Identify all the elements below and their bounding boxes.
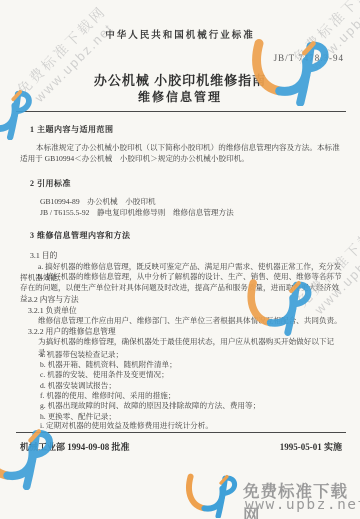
document-body: 中华人民共和国机械行业标准 JB/T 7478.3-94 办公机械 小胶印机维修… xyxy=(0,0,360,519)
implementation-note: 1995-05-01 实施 xyxy=(280,440,342,453)
watermark-bottom: 免费标准下载网 www.upbz.net xyxy=(183,470,360,519)
reference-item: JB / T6155.5-92 静电复印机维修导则 维修信息管理方法 xyxy=(40,207,234,218)
approval-note: 机械工业部 1994-09-08 批准 xyxy=(20,440,130,453)
section-3-1-heading: 3.1 目的 xyxy=(30,250,57,261)
up-logo-icon xyxy=(183,472,241,518)
header-divider xyxy=(16,111,346,112)
record-list-item: g. 机器出现故障的时间、故障的原因及排除故障的方法、费用等； xyxy=(40,400,344,411)
section-1-heading: 1 主题内容与适用范围 xyxy=(30,124,114,135)
record-list-item: c. 机器的安装、使用条件及变更情况； xyxy=(40,369,344,380)
footer-divider xyxy=(16,432,346,433)
scanned-standard-page: 免费标准下载网 www.upbz.net 免费标准下载网 www.upbz.ne… xyxy=(0,0,360,519)
standard-number: JB/T 7478.3-94 xyxy=(274,53,344,63)
standard-authority-label: 中华人民共和国机械行业标准 xyxy=(0,27,360,41)
section-3-2-heading: 3.2 内容与方法 xyxy=(28,294,79,305)
section-3-2-1-paragraph: 维修信息管理工作应由用户、维修部门、生产单位三者根据具体情况互相配合、共同负责。 xyxy=(38,315,344,326)
section-3-heading: 3 维修信息管理内容和方法 xyxy=(30,230,131,241)
document-title-line1: 办公机械 小胶印机维修指南 xyxy=(0,70,360,89)
section-2-heading: 2 引用标准 xyxy=(30,178,71,189)
record-list-item: i. 定期对机器的使用效益及维修费用进行统计分析。 xyxy=(40,420,344,431)
document-title-line2: 维修信息管理 xyxy=(0,88,360,105)
section-1-paragraph: 本标准规定了办公机械小胶印机（以下简称小胶印机）的维修信息管理内容及方法。本标准… xyxy=(20,142,344,164)
reference-item: GB10994-89 办公机械 小胶印机 xyxy=(40,196,156,207)
watermark-site-url: www.upbz.net xyxy=(245,497,360,513)
